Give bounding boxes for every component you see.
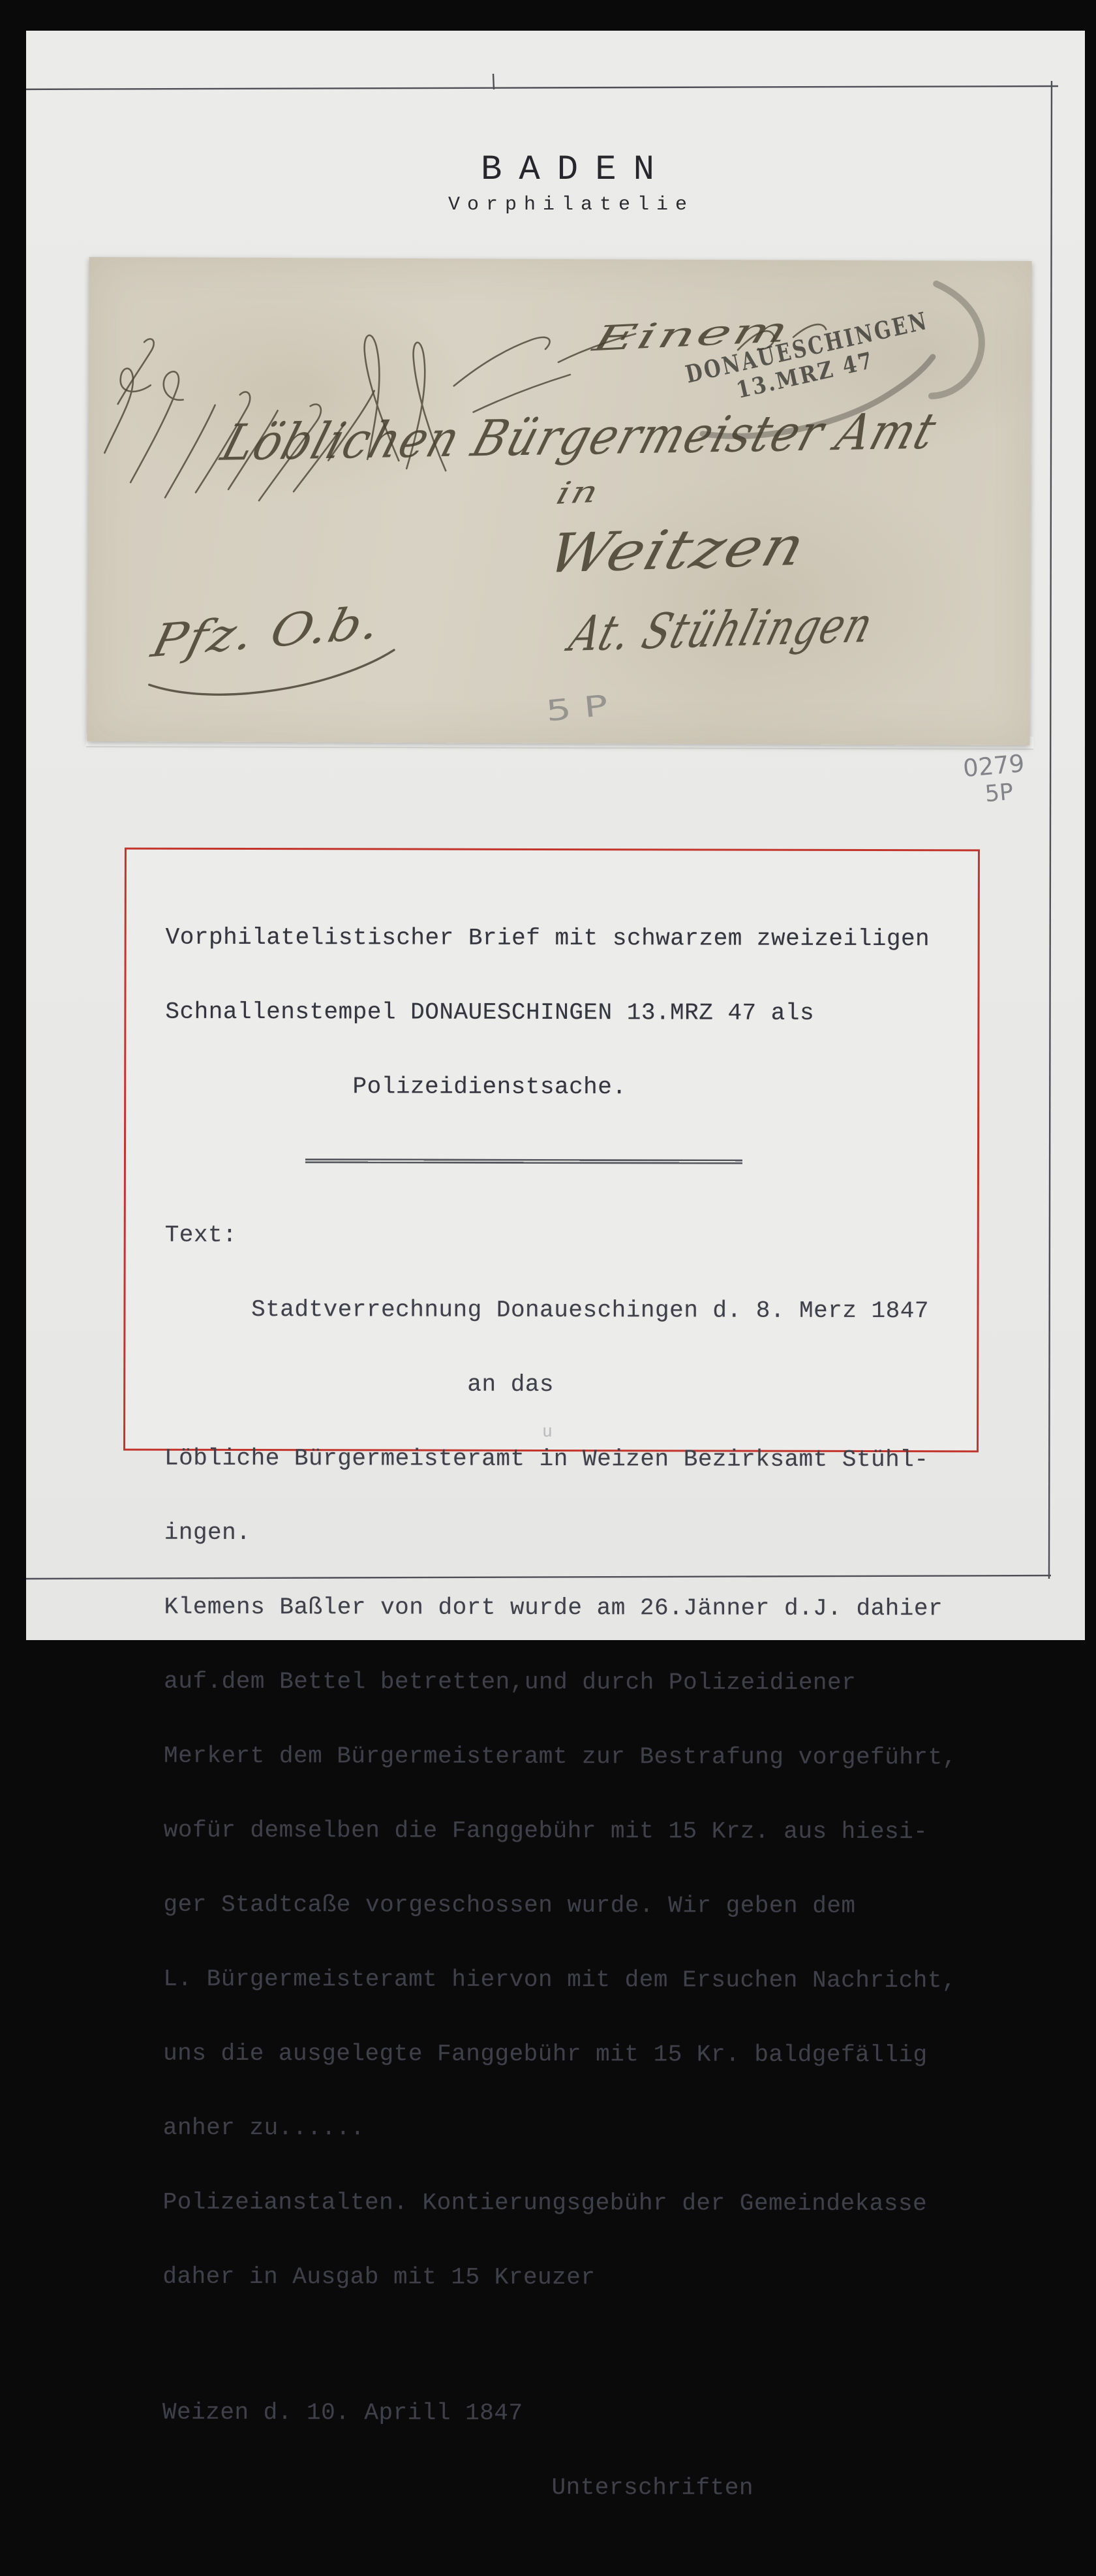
album-pencil-note: 0279 5P bbox=[962, 750, 1028, 810]
cover-photo: DONAUESCHINGEN 13.MRZ 47 Einem Löblichen… bbox=[87, 257, 1031, 745]
frame-center-tick bbox=[493, 74, 494, 89]
page-title: BADEN bbox=[26, 150, 1096, 190]
cover-handwriting-layer: DONAUESCHINGEN 13.MRZ 47 Einem Löblichen… bbox=[87, 257, 1031, 745]
typed-heading-line: Vorphilatelistischer Brief mit schwarzem… bbox=[166, 925, 965, 952]
typed-line: an das bbox=[164, 1372, 964, 1399]
address-line-4-script: At. Stühlingen bbox=[560, 597, 880, 662]
frame-top-line bbox=[26, 86, 1058, 89]
pencil-rate-note: 5 P bbox=[545, 689, 610, 728]
address-line-3-script: Weitzen bbox=[541, 514, 814, 585]
typed-line: Klemens Baßler von dort wurde am 26.Jänn… bbox=[164, 1595, 963, 1622]
typed-text-label: Text: bbox=[165, 1223, 964, 1250]
pencil-price-code: 5P bbox=[984, 777, 1028, 808]
typed-line: ingen. bbox=[164, 1521, 964, 1547]
page-header: BADEN Vorphilatelie bbox=[26, 150, 1096, 216]
typed-heading-line: Polizeidienstsache. bbox=[165, 1074, 964, 1101]
address-line-1-script: Löblichen Bürgermeister Amt bbox=[214, 403, 944, 472]
typed-heading-line: Schnallenstempel DONAUESCHINGEN 13.MRZ 4… bbox=[165, 1000, 964, 1027]
typed-line: Löbliche Bürgermeisteramt in Weizen Bezi… bbox=[164, 1446, 964, 1473]
faint-typo-mark: u bbox=[542, 1420, 553, 1444]
typed-line: Stadtverrechnung Donaueschingen d. 8. Me… bbox=[164, 1297, 964, 1324]
album-page: BADEN Vorphilatelie bbox=[26, 31, 1085, 1640]
page-subtitle: Vorphilatelie bbox=[26, 194, 1096, 216]
frame-right-line bbox=[1049, 81, 1052, 1579]
postmark-side-arc bbox=[907, 277, 992, 397]
address-line-2-script: in bbox=[553, 474, 604, 511]
heading-underline-row bbox=[165, 1149, 964, 1175]
description-box: Vorphilatelistischer Brief mit schwarzem… bbox=[123, 848, 980, 1453]
heading-underline-rule bbox=[305, 1158, 742, 1164]
sender-notation-script: Pfz. O.b. bbox=[145, 596, 387, 668]
pencil-catalog-number: 0279 bbox=[962, 750, 1026, 783]
